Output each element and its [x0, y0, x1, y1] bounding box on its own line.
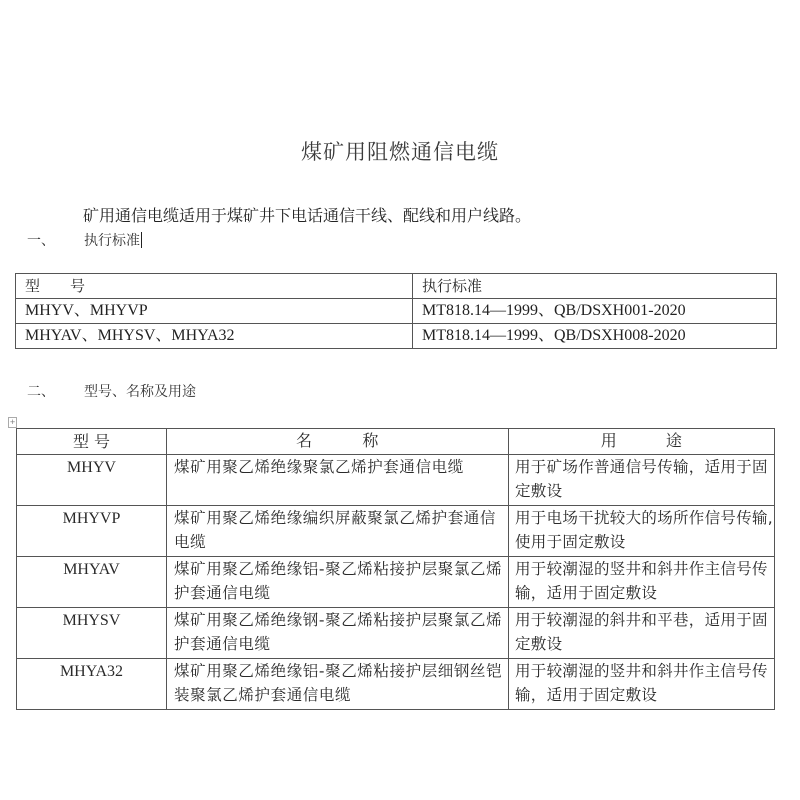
cell-standard: MT818.14—1999、QB/DSXH008-2020 [413, 324, 777, 349]
cell-standard: MT818.14—1999、QB/DSXH001-2020 [413, 299, 777, 324]
table-row: MHYV、MHYVP MT818.14—1999、QB/DSXH001-2020 [16, 299, 777, 324]
document-title: 煤矿用阻燃通信电缆 [0, 136, 800, 166]
table-row: MHYVP 煤矿用聚乙烯绝缘编织屏蔽聚氯乙烯护套通信电缆 用于电场干扰较大的场所… [17, 506, 775, 557]
cell-use: 用于较潮湿的斜井和平巷，适用于固定敷设 [509, 608, 775, 659]
cell-model: MHYVP [17, 506, 167, 557]
table-row: MHYAV、MHYSV、MHYA32 MT818.14—1999、QB/DSXH… [16, 324, 777, 349]
cell-model: MHYV [17, 455, 167, 506]
cell-use: 用于矿场作普通信号传输，适用于固定敷设 [509, 455, 775, 506]
text-cursor [141, 232, 142, 248]
cell-model: MHYSV [17, 608, 167, 659]
section-1-label[interactable]: 执行标准 [84, 230, 142, 250]
cell-name: 煤矿用聚乙烯绝缘聚氯乙烯护套通信电缆 [167, 455, 509, 506]
header-standard: 执行标准 [413, 274, 777, 299]
cell-model: MHYAV [17, 557, 167, 608]
section-2-number: 二、 [27, 381, 55, 401]
cell-model: MHYAV、MHYSV、MHYA32 [16, 324, 413, 349]
cell-name: 煤矿用聚乙烯绝缘铝-聚乙烯粘接护层聚氯乙烯护套通信电缆 [167, 557, 509, 608]
header-use: 用 途 [509, 429, 775, 455]
table-row: MHYAV 煤矿用聚乙烯绝缘铝-聚乙烯粘接护层聚氯乙烯护套通信电缆 用于较潮湿的… [17, 557, 775, 608]
header-name: 名 称 [167, 429, 509, 455]
table-move-handle-icon[interactable]: + [8, 417, 17, 428]
standards-table: 型 号 执行标准 MHYV、MHYVP MT818.14—1999、QB/DSX… [15, 273, 777, 349]
header-model: 型 号 [16, 274, 413, 299]
table-row: MHYA32 煤矿用聚乙烯绝缘铝-聚乙烯粘接护层细钢丝铠装聚氯乙烯护套通信电缆 … [17, 659, 775, 710]
models-table: 型 号 名 称 用 途 MHYV 煤矿用聚乙烯绝缘聚氯乙烯护套通信电缆 用于矿场… [16, 428, 775, 710]
section-1-number: 一、 [27, 230, 55, 250]
cell-model: MHYV、MHYVP [16, 299, 413, 324]
section-1-label-text: 执行标准 [84, 233, 140, 249]
table-row: MHYSV 煤矿用聚乙烯绝缘钢-聚乙烯粘接护层聚氯乙烯护套通信电缆 用于较潮湿的… [17, 608, 775, 659]
cell-name: 煤矿用聚乙烯绝缘铝-聚乙烯粘接护层细钢丝铠装聚氯乙烯护套通信电缆 [167, 659, 509, 710]
cell-use: 用于电场干扰较大的场所作信号传输,使用于固定敷设 [509, 506, 775, 557]
cell-model: MHYA32 [17, 659, 167, 710]
cell-use: 用于较潮湿的竖井和斜井作主信号传输，适用于固定敷设 [509, 659, 775, 710]
cell-use: 用于较潮湿的竖井和斜井作主信号传输，适用于固定敷设 [509, 557, 775, 608]
table-header-row: 型 号 执行标准 [16, 274, 777, 299]
intro-paragraph: 矿用通信电缆适用于煤矿井下电话通信干线、配线和用户线路。 [83, 203, 531, 226]
header-model: 型 号 [17, 429, 167, 455]
section-2-label: 型号、名称及用途 [84, 381, 196, 401]
table-row: MHYV 煤矿用聚乙烯绝缘聚氯乙烯护套通信电缆 用于矿场作普通信号传输，适用于固… [17, 455, 775, 506]
cell-name: 煤矿用聚乙烯绝缘编织屏蔽聚氯乙烯护套通信电缆 [167, 506, 509, 557]
table-header-row: 型 号 名 称 用 途 [17, 429, 775, 455]
cell-name: 煤矿用聚乙烯绝缘钢-聚乙烯粘接护层聚氯乙烯护套通信电缆 [167, 608, 509, 659]
